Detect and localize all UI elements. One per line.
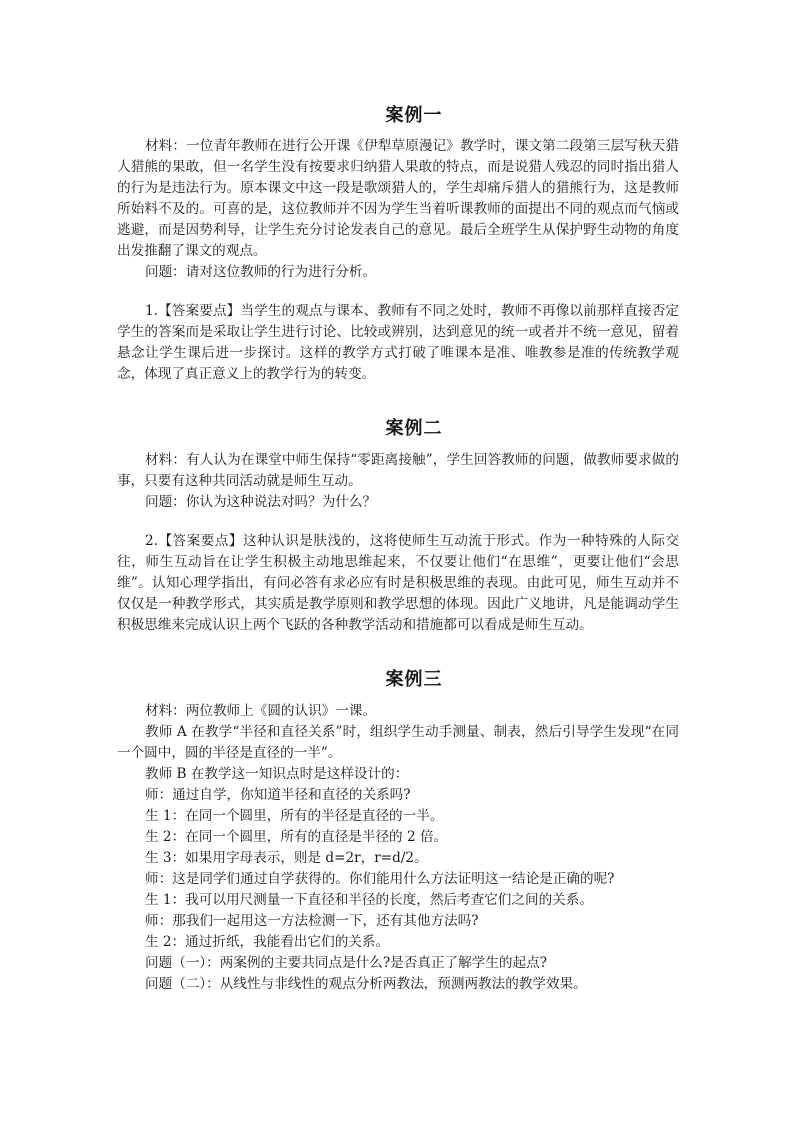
case-1-material: 材料：一位青年教师在进行公开课《伊犁草原漫记》教学时，课文第二段第三层写秋天猎人… [117, 136, 679, 283]
case-1-title: 案例一 [117, 105, 711, 127]
case-1-answer: 1.【答案要点】当学生的观点与课本、教师有不同之处时，教师不再像以前那样直接否定… [117, 301, 679, 385]
case-3-question-2: 问题（二）：从线性与非线性的观点分析两教法，预测两教法的教学效果。 [117, 974, 679, 995]
case-3-question-1: 问题（一）：两案例的主要共同点是什么?是否真正了解学生的起点? [117, 953, 679, 974]
case-3-line-7: 生 3：如果用字母表示，则是 d=2r，r=d/2。 [117, 848, 679, 869]
case-2-material-text: 材料：有人认为在课堂中师生保持“零距离接触”，学生回答教师的问题，做教师要求做的… [117, 450, 679, 492]
case-3-line-11: 生 2：通过折纸，我能看出它们的关系。 [117, 932, 679, 953]
case-3-line-10: 师：那我们一起用这一方法检测一下，还有其他方法吗? [117, 911, 679, 932]
case-2-answer: 2.【答案要点】这种认识是肤浅的，这将使师生互动流于形式。作为一种特殊的人际交往… [117, 531, 679, 636]
case-3-line-3: 教师 B 在教学这一知识点时是这样设计的： [117, 764, 679, 785]
case-2-question: 问题：你认为这种说法对吗？为什么？ [117, 492, 679, 513]
case-2-material: 材料：有人认为在课堂中师生保持“零距离接触”，学生回答教师的问题，做教师要求做的… [117, 450, 679, 513]
case-3-line-1: 材料：两位教师上《圆的认识》一课。 [117, 701, 679, 722]
case-3-line-8: 师：这是同学们通过自学获得的。你们能用什么方法证明这一结论是正确的呢? [117, 869, 679, 890]
answer-label: 【答案要点】 [158, 303, 240, 319]
case-1-material-text: 材料：一位青年教师在进行公开课《伊犁草原漫记》教学时，课文第二段第三层写秋天猎人… [117, 136, 679, 262]
answer-number: 1. [145, 303, 158, 319]
case-3-line-9: 生 1：我可以用尺测量一下直径和半径的长度，然后考查它们之间的关系。 [117, 890, 679, 911]
case-2-answer-text: 2.【答案要点】这种认识是肤浅的，这将使师生互动流于形式。作为一种特殊的人际交往… [117, 531, 679, 636]
case-3-title: 案例三 [117, 669, 711, 691]
case-1-question: 问题：请对这位教师的行为进行分析。 [117, 262, 679, 283]
case-3-line-4: 师：通过自学，你知道半径和直径的关系吗? [117, 785, 679, 806]
answer-label: 【答案要点】 [158, 533, 243, 549]
case-1-answer-text: 1.【答案要点】当学生的观点与课本、教师有不同之处时，教师不再像以前那样直接否定… [117, 301, 679, 385]
case-3-line-5: 生 1：在同一个圆里，所有的半径是直径的一半。 [117, 806, 679, 827]
case-3-line-6: 生 2：在同一个圆里，所有的直径是半径的 2 倍。 [117, 827, 679, 848]
answer-number: 2. [145, 533, 158, 549]
case-2-title: 案例二 [117, 418, 711, 440]
case-3-line-2: 教师 A 在教学“半径和直径关系”时，组织学生动手测量、制表，然后引导学生发现“… [117, 722, 679, 764]
case-3-material: 材料：两位教师上《圆的认识》一课。 教师 A 在教学“半径和直径关系”时，组织学… [117, 701, 679, 995]
